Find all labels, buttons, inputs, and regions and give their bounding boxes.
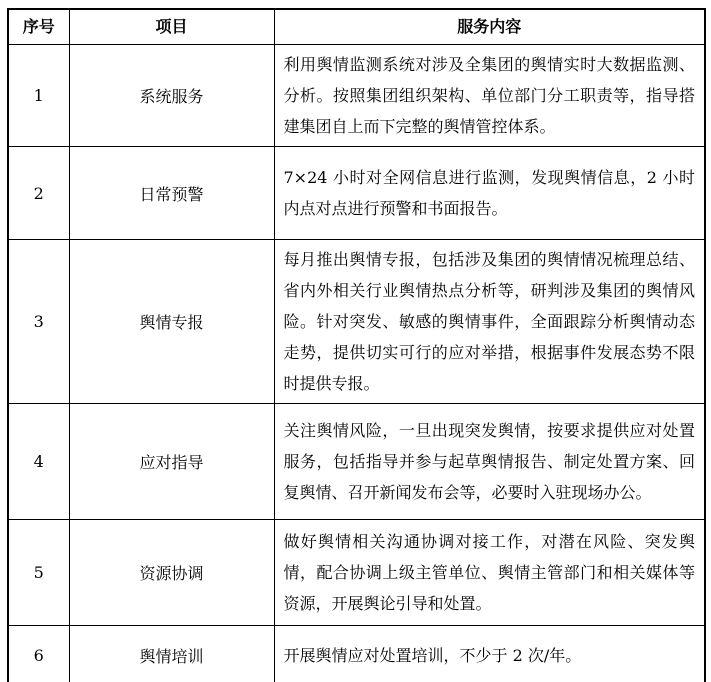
table-header-row: 序号 项目 服务内容 xyxy=(8,9,705,45)
header-item: 项目 xyxy=(69,9,274,45)
table-row: 3 舆情专报 每月推出舆情专报，包括涉及集团的舆情情况梳理总结、省内外相关行业舆… xyxy=(8,240,705,404)
row-item: 资源协调 xyxy=(69,520,274,626)
header-service-content: 服务内容 xyxy=(274,9,705,45)
row-content: 利用舆情监测系统对涉及全集团的舆情实时大数据监测、分析。按照集团组织架构、单位部… xyxy=(274,45,705,147)
row-item: 舆情培训 xyxy=(69,626,274,682)
row-index: 4 xyxy=(8,404,69,520)
row-content: 做好舆情相关沟通协调对接工作，对潜在风险、突发舆情，配合协调上级主管单位、舆情主… xyxy=(274,520,705,626)
table-row: 2 日常预警 7×24 小时对全网信息进行监测，发现舆情信息，2 小时内点对点进… xyxy=(8,147,705,240)
row-index: 1 xyxy=(8,45,69,147)
row-index: 5 xyxy=(8,520,69,626)
row-content: 7×24 小时对全网信息进行监测，发现舆情信息，2 小时内点对点进行预警和书面报… xyxy=(274,147,705,240)
document-page: 序号 项目 服务内容 1 系统服务 利用舆情监测系统对涉及全集团的舆情实时大数据… xyxy=(0,0,711,682)
table-row: 6 舆情培训 开展舆情应对处置培训，不少于 2 次/年。 xyxy=(8,626,705,682)
row-item: 应对指导 xyxy=(69,404,274,520)
row-item: 系统服务 xyxy=(69,45,274,147)
row-item: 日常预警 xyxy=(69,147,274,240)
row-content: 开展舆情应对处置培训，不少于 2 次/年。 xyxy=(274,626,705,682)
table-row: 4 应对指导 关注舆情风险，一旦出现突发舆情，按要求提供应对处置服务，包括指导并… xyxy=(8,404,705,520)
row-content: 每月推出舆情专报，包括涉及集团的舆情情况梳理总结、省内外相关行业舆情热点分析等，… xyxy=(274,240,705,404)
table-row: 1 系统服务 利用舆情监测系统对涉及全集团的舆情实时大数据监测、分析。按照集团组… xyxy=(8,45,705,147)
header-index: 序号 xyxy=(8,9,69,45)
row-index: 3 xyxy=(8,240,69,404)
row-item: 舆情专报 xyxy=(69,240,274,404)
service-content-table: 序号 项目 服务内容 1 系统服务 利用舆情监测系统对涉及全集团的舆情实时大数据… xyxy=(7,8,706,682)
row-index: 6 xyxy=(8,626,69,682)
row-content: 关注舆情风险，一旦出现突发舆情，按要求提供应对处置服务，包括指导并参与起草舆情报… xyxy=(274,404,705,520)
row-index: 2 xyxy=(8,147,69,240)
table-row: 5 资源协调 做好舆情相关沟通协调对接工作，对潜在风险、突发舆情，配合协调上级主… xyxy=(8,520,705,626)
